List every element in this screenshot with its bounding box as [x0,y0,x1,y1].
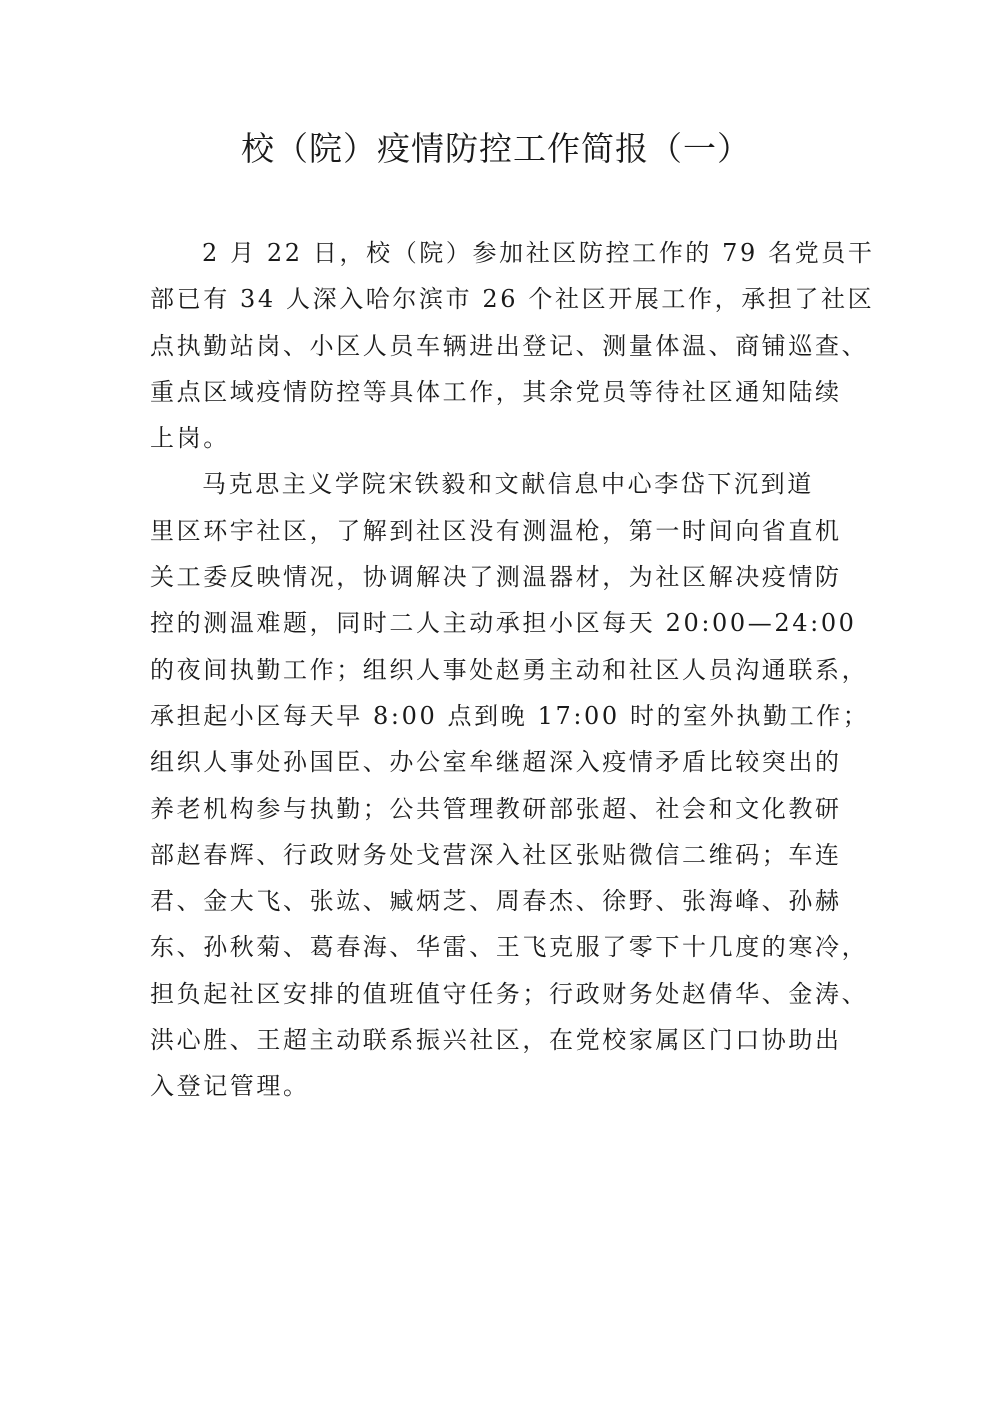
paragraph-line: 里区环宇社区，了解到社区没有测温枪，第一时间向省直机 [150,508,850,554]
paragraph-line: 入登记管理。 [150,1063,850,1109]
paragraph-line: 部赵春辉、行政财务处戈营深入社区张贴微信二维码；车连 [150,832,850,878]
paragraph-line: 洪心胜、王超主动联系振兴社区，在党校家属区门口协助出 [150,1017,850,1063]
paragraph-2: 马克思主义学院宋铁毅和文献信息中心李岱下沉到道 里区环宇社区，了解到社区没有测温… [150,461,850,1109]
paragraph-line: 君、金大飞、张竑、臧炳芝、周春杰、徐野、张海峰、孙赫 [150,878,850,924]
paragraph-line: 点执勤站岗、小区人员车辆进出登记、测量体温、商铺巡查、 [150,323,850,369]
paragraph-1: 2 月 22 日，校（院）参加社区防控工作的 79 名党员干 部已有 34 人深… [150,230,850,461]
paragraph-line: 担负起社区安排的值班值守任务；行政财务处赵倩华、金涛、 [150,971,850,1017]
document-title: 校（院）疫情防控工作简报（一） [0,124,992,174]
paragraph-line: 2 月 22 日，校（院）参加社区防控工作的 79 名党员干 [150,230,850,276]
paragraph-line: 养老机构参与执勤；公共管理教研部张超、社会和文化教研 [150,786,850,832]
paragraph-line: 部已有 34 人深入哈尔滨市 26 个社区开展工作，承担了社区 [150,276,850,322]
paragraph-line: 上岗。 [150,415,850,461]
document-body: 2 月 22 日，校（院）参加社区防控工作的 79 名党员干 部已有 34 人深… [150,230,850,1110]
paragraph-line: 关工委反映情况，协调解决了测温器材，为社区解决疫情防 [150,554,850,600]
paragraph-line: 组织人事处孙国臣、办公室牟继超深入疫情矛盾比较突出的 [150,739,850,785]
paragraph-line: 的夜间执勤工作；组织人事处赵勇主动和社区人员沟通联系， [150,647,850,693]
paragraph-line: 东、孙秋菊、葛春海、华雷、王飞克服了零下十几度的寒冷， [150,924,850,970]
paragraph-line: 承担起小区每天早 8:00 点到晚 17:00 时的室外执勤工作； [150,693,850,739]
paragraph-line: 控的测温难题，同时二人主动承担小区每天 20:00—24:00 [150,600,850,646]
paragraph-line: 马克思主义学院宋铁毅和文献信息中心李岱下沉到道 [150,461,850,507]
paragraph-line: 重点区域疫情防控等具体工作，其余党员等待社区通知陆续 [150,369,850,415]
